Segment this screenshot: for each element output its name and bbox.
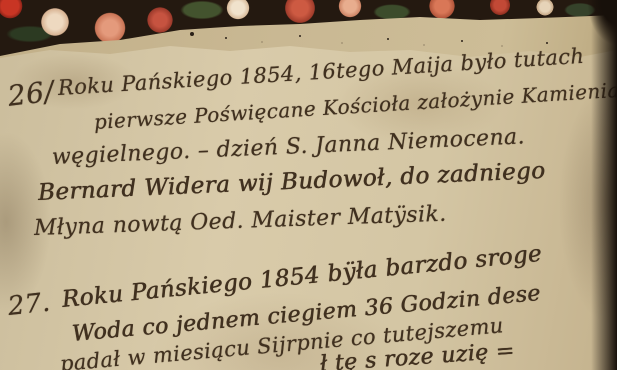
ink-specks (190, 32, 194, 36)
entry-26-number: 26/ (6, 74, 56, 112)
entry-27-number: 27. (6, 288, 51, 322)
manuscript-photo: 26/ Roku Pańskiego 1854, 16tego Maija by… (0, 0, 617, 370)
book-binding-edge (591, 0, 617, 370)
